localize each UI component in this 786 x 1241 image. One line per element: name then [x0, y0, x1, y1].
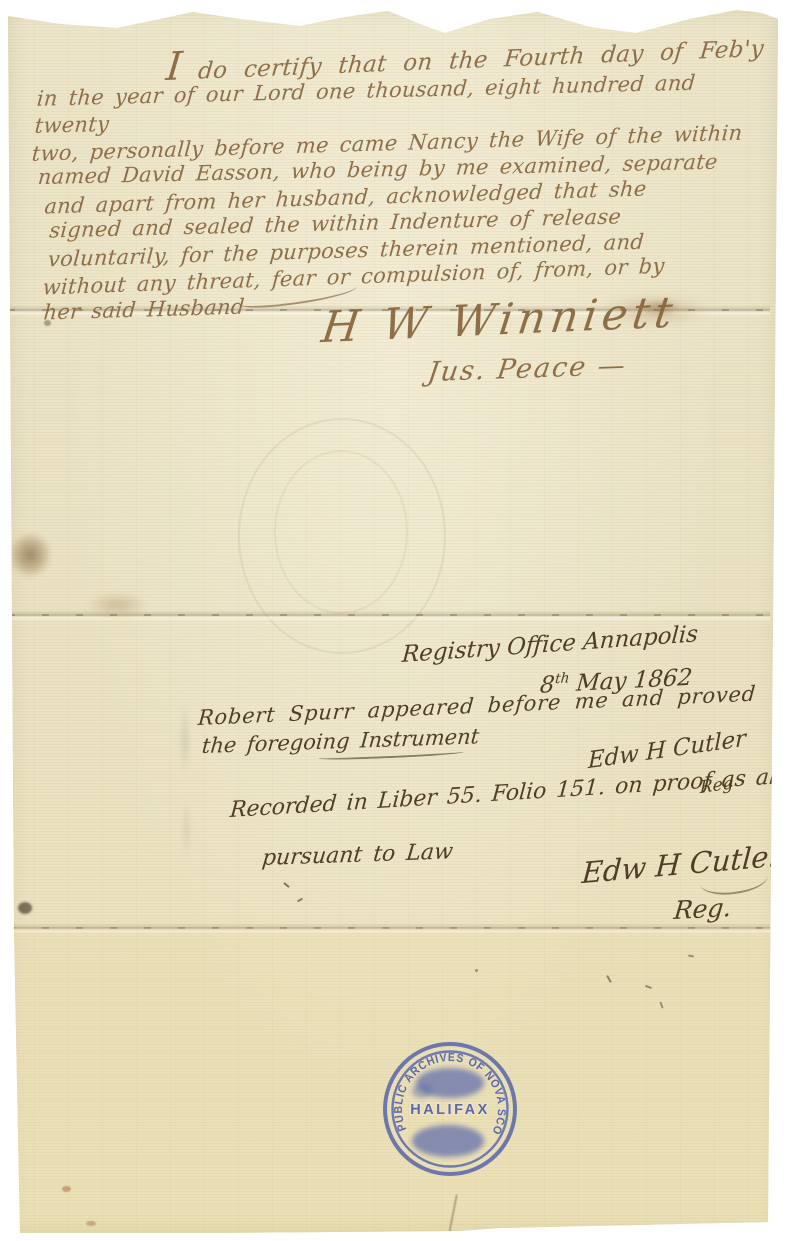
registry-recorded-line-1: Recorded in Liber 55. Folio 151. on proo… — [229, 762, 786, 823]
registry-date-ordinal: th — [554, 670, 570, 687]
pen-flourish — [699, 863, 770, 898]
bleed-through-mark — [182, 800, 191, 860]
ink-speck — [659, 1001, 663, 1008]
stain-bottom-left — [18, 902, 32, 914]
paper-watermark-inner — [274, 450, 408, 614]
stain-dot — [44, 320, 51, 326]
paper-crack — [448, 1194, 458, 1234]
registry-office-line: Registry Office Annapolis — [401, 621, 699, 668]
registry-proof-line-1: Robert Spurr appeared before me and prov… — [197, 682, 757, 730]
stain-top-right-dark — [638, 299, 680, 316]
red-speck — [86, 1221, 96, 1226]
stain-smudge — [86, 592, 148, 618]
archive-stamp: PUBLIC ARCHIVES OF NOVA SCOTIA HALIFAX — [370, 1029, 530, 1189]
registrar-title-2: Reg. — [672, 893, 733, 925]
fold-crease-bottom — [8, 923, 770, 934]
bleed-through-mark — [180, 705, 190, 775]
ink-speck — [645, 985, 652, 989]
ink-speck — [688, 954, 694, 957]
certificate-text: I do certify that on the Fourth day of F… — [24, 34, 774, 326]
ink-speck — [283, 882, 290, 888]
ink-speck — [606, 975, 612, 983]
ink-speck — [475, 969, 478, 972]
red-speck — [62, 1186, 71, 1192]
registry-recorded-line-2: pursuant to Law — [261, 839, 455, 871]
stamp-ink-blob-bottom — [412, 1125, 484, 1157]
justice-title: Jus. Peace — — [426, 350, 629, 388]
stamp-ink-blob-left — [412, 1084, 432, 1098]
paper-sheet: I do certify that on the Fourth day of F… — [0, 0, 786, 1241]
document-scan: I do certify that on the Fourth day of F… — [0, 0, 786, 1241]
stamp-center-text: HALIFAX — [410, 1102, 490, 1118]
ink-speck — [297, 898, 303, 903]
stain-left-edge — [8, 532, 52, 578]
